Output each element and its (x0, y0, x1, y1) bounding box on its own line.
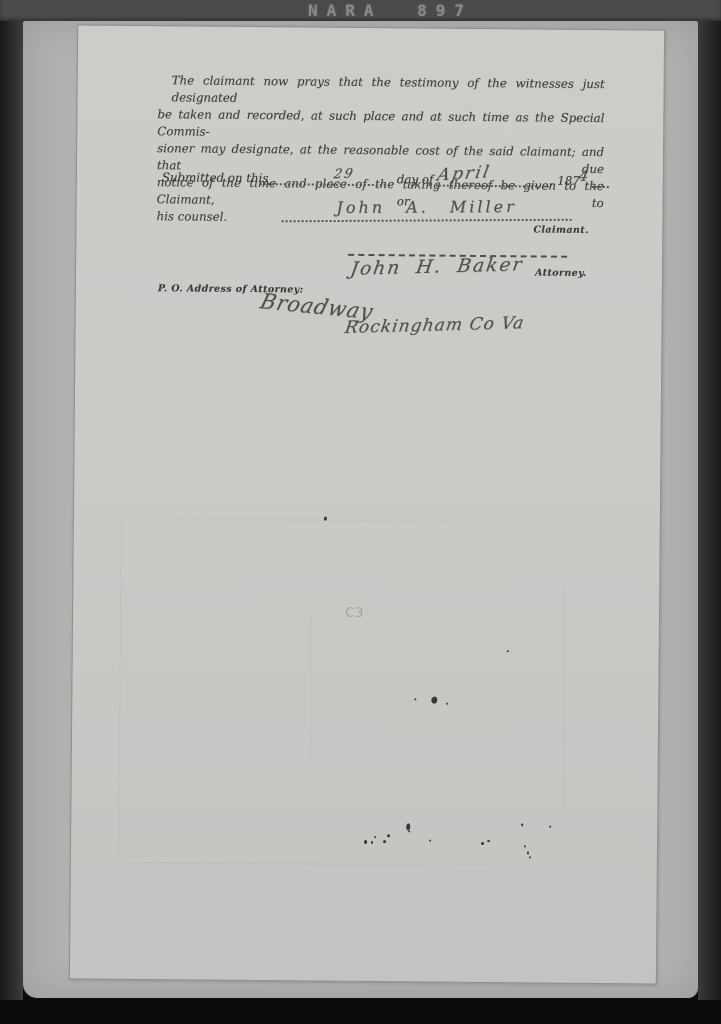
paragraph-line: be taken and recorded, at such place and… (157, 106, 604, 144)
ink-speck (527, 851, 529, 854)
ink-speck (529, 856, 531, 858)
attorney-label: Attorney. (535, 267, 587, 278)
ink-speck (406, 823, 410, 830)
ink-speck (371, 841, 373, 844)
ink-speck (414, 698, 416, 700)
ink-speck (507, 650, 509, 652)
film-header-band: NARA 897 (0, 0, 721, 21)
month-value: April (436, 162, 493, 185)
ink-speck (408, 830, 410, 832)
submitted-line: Submitted on this 29 day of April , 187 … (162, 167, 612, 197)
film-edge-left (0, 21, 23, 1000)
ink-speck (383, 840, 386, 843)
claimant-signature: John A. Miller (282, 197, 572, 223)
day-blank-dots (260, 171, 390, 186)
ink-speck (446, 703, 448, 705)
reverse-side-ghost (118, 518, 566, 867)
day-of-label: day of (397, 172, 434, 186)
ink-speck (481, 842, 484, 845)
paragraph-line: The claimant now prays that the testimon… (157, 72, 604, 110)
film-frame-label: NARA 897 (308, 0, 473, 21)
ink-speck (524, 845, 526, 847)
attorney-signature: John H. Baker (349, 254, 525, 279)
year-prefix-label: , 187 (550, 174, 580, 188)
film-edge-right (698, 21, 721, 1000)
submitted-label: Submitted on this (162, 170, 269, 185)
ink-speck (431, 697, 437, 704)
ink-speck (364, 840, 367, 844)
microfilm-frame: NARA 897 The claimant now prays that the… (0, 0, 721, 1024)
day-value: 29 (333, 166, 356, 182)
year-digit-value: 4 (577, 167, 590, 186)
claimant-label: Claimant. (533, 224, 588, 235)
document-page: The claimant now prays that the testimon… (69, 24, 665, 984)
ink-speck (521, 823, 523, 826)
faint-stray-mark: C3 (345, 606, 364, 621)
backing-sheet: The claimant now prays that the testimon… (23, 21, 698, 998)
address-line2: Rockingham Co Va (344, 313, 526, 338)
ink-speck (549, 826, 551, 828)
ink-speck (374, 836, 376, 838)
ink-speck (429, 840, 431, 842)
year-blank-dots (592, 174, 609, 188)
ink-speck (387, 834, 390, 837)
ink-speck (487, 840, 490, 842)
ink-speck (324, 517, 327, 521)
claimant-signature-text: John A. Miller (336, 197, 516, 217)
